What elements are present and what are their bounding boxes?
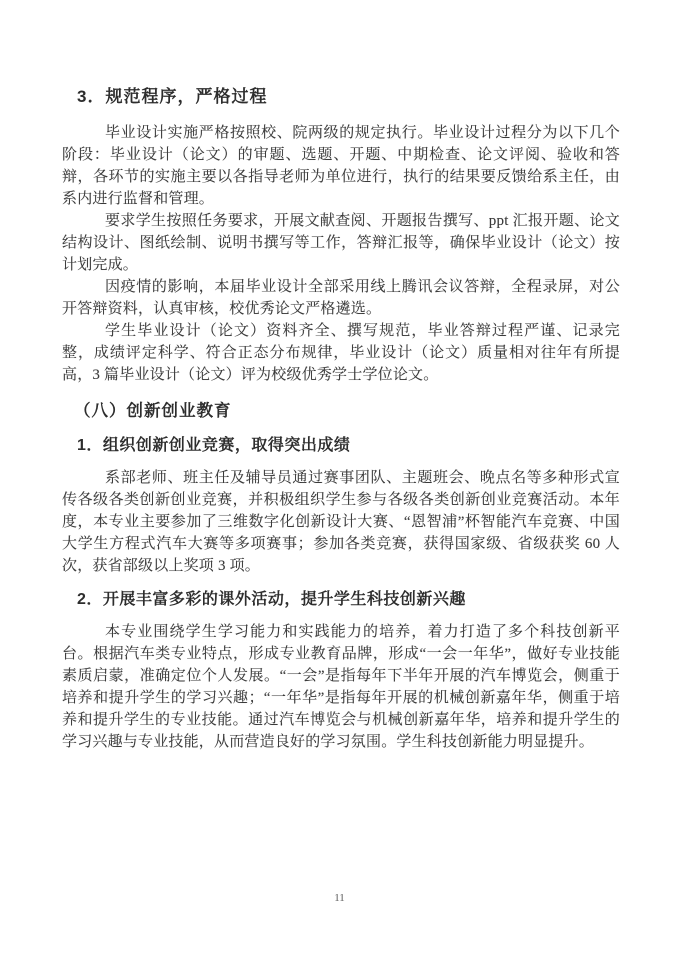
paragraph: 学生毕业设计（论文）资料齐全、撰写规范，毕业答辩过程严谨、记录完整，成绩评定科学…	[62, 320, 620, 386]
section-heading-3: 3．规范程序，严格过程	[77, 86, 620, 108]
page-number: 11	[0, 892, 679, 904]
document-page: 3．规范程序，严格过程 毕业设计实施严格按照校、院两级的规定执行。毕业设计过程分…	[0, 0, 679, 960]
document-body: 3．规范程序，严格过程 毕业设计实施严格按照校、院两级的规定执行。毕业设计过程分…	[62, 86, 620, 753]
subsection-heading-1: 1．组织创新创业竞赛，取得突出成绩	[77, 435, 620, 456]
subsection-heading-2: 2．开展丰富多彩的课外活动，提升学生科技创新兴趣	[77, 589, 620, 610]
paragraph: 要求学生按照任务要求，开展文献查阅、开题报告撰写、ppt 汇报开题、论文结构设计…	[62, 210, 620, 276]
paragraph: 因疫情的影响，本届毕业设计全部采用线上腾讯会议答辩，全程录屏，对公开答辩资料，认…	[62, 276, 620, 320]
section-heading-8: （八）创新创业教育	[74, 400, 620, 422]
paragraph: 毕业设计实施严格按照校、院两级的规定执行。毕业设计过程分为以下几个阶段：毕业设计…	[62, 122, 620, 210]
paragraph: 系部老师、班主任及辅导员通过赛事团队、主题班会、晚点名等多种形式宣传各级各类创新…	[62, 467, 620, 577]
paragraph: 本专业围绕学生学习能力和实践能力的培养，着力打造了多个科技创新平台。根据汽车类专…	[62, 621, 620, 753]
